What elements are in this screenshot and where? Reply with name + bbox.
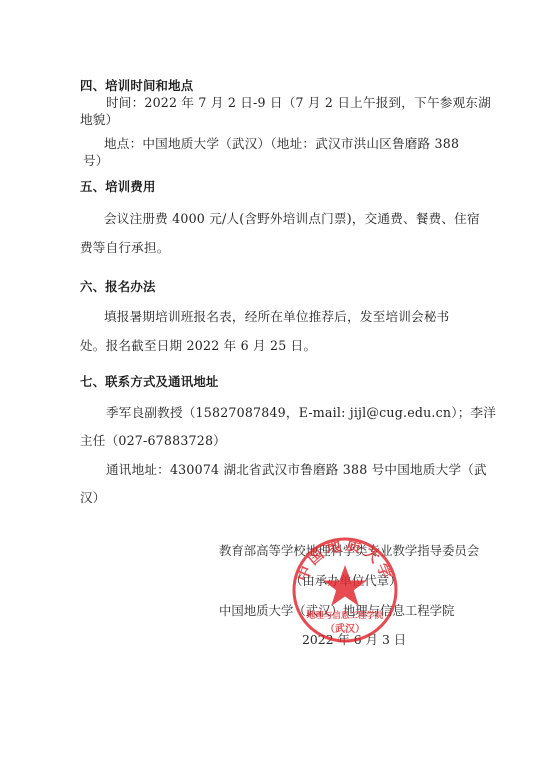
address-line-2: 汉） xyxy=(80,490,106,506)
signature-date: 2022 年 6 月 3 日 xyxy=(302,632,406,648)
schedule-time-line-1: 时间：2022 年 7 月 2 日-9 日（7 月 2 日上午报到，下午参观东湖 xyxy=(106,95,491,111)
document-page: 四、培训时间和地点 时间：2022 年 7 月 2 日-9 日（7 月 2 日上… xyxy=(0,0,552,782)
signature-school: 中国地质大学（武汉）地理与信息工程学院 xyxy=(219,603,454,619)
section-heading-registration: 六、报名办法 xyxy=(80,279,156,295)
schedule-time-line-2: 地貌） xyxy=(80,112,118,128)
registration-line-1: 填报暑期培训班报名表，经所在单位推荐后，发至培训会秘书 xyxy=(104,309,449,325)
contact-line-2: 主任（027-67883728） xyxy=(80,433,226,449)
section-heading-fees: 五、培训费用 xyxy=(80,179,156,195)
fees-line-1: 会议注册费 4000 元/人(含野外培训点门票)，交通费、餐费、住宿 xyxy=(104,211,480,227)
location-line-2: 号） xyxy=(83,153,109,169)
address-line-1: 通讯地址：430074 湖北省武汉市鲁磨路 388 号中国地质大学（武 xyxy=(106,462,487,478)
registration-line-2: 处。报名截至日期 2022 年 6 月 25 日。 xyxy=(80,338,316,354)
signature-committee: 教育部高等学校地理科学类专业教学指导委员会 xyxy=(219,543,479,559)
location-line-1: 地点：中国地质大学（武汉）（地址：武汉市洪山区鲁磨路 388 xyxy=(104,136,459,152)
section-heading-contact: 七、联系方式及通讯地址 xyxy=(80,374,219,390)
section-heading-schedule-location: 四、培训时间和地点 xyxy=(80,78,193,94)
fees-line-2: 费等自行承担。 xyxy=(80,240,170,256)
contact-line-1: 季军良副教授（15827087849，E-mail: jijl@cug.edu.… xyxy=(106,405,496,421)
signature-note: （由承办单位代章） xyxy=(290,573,402,589)
